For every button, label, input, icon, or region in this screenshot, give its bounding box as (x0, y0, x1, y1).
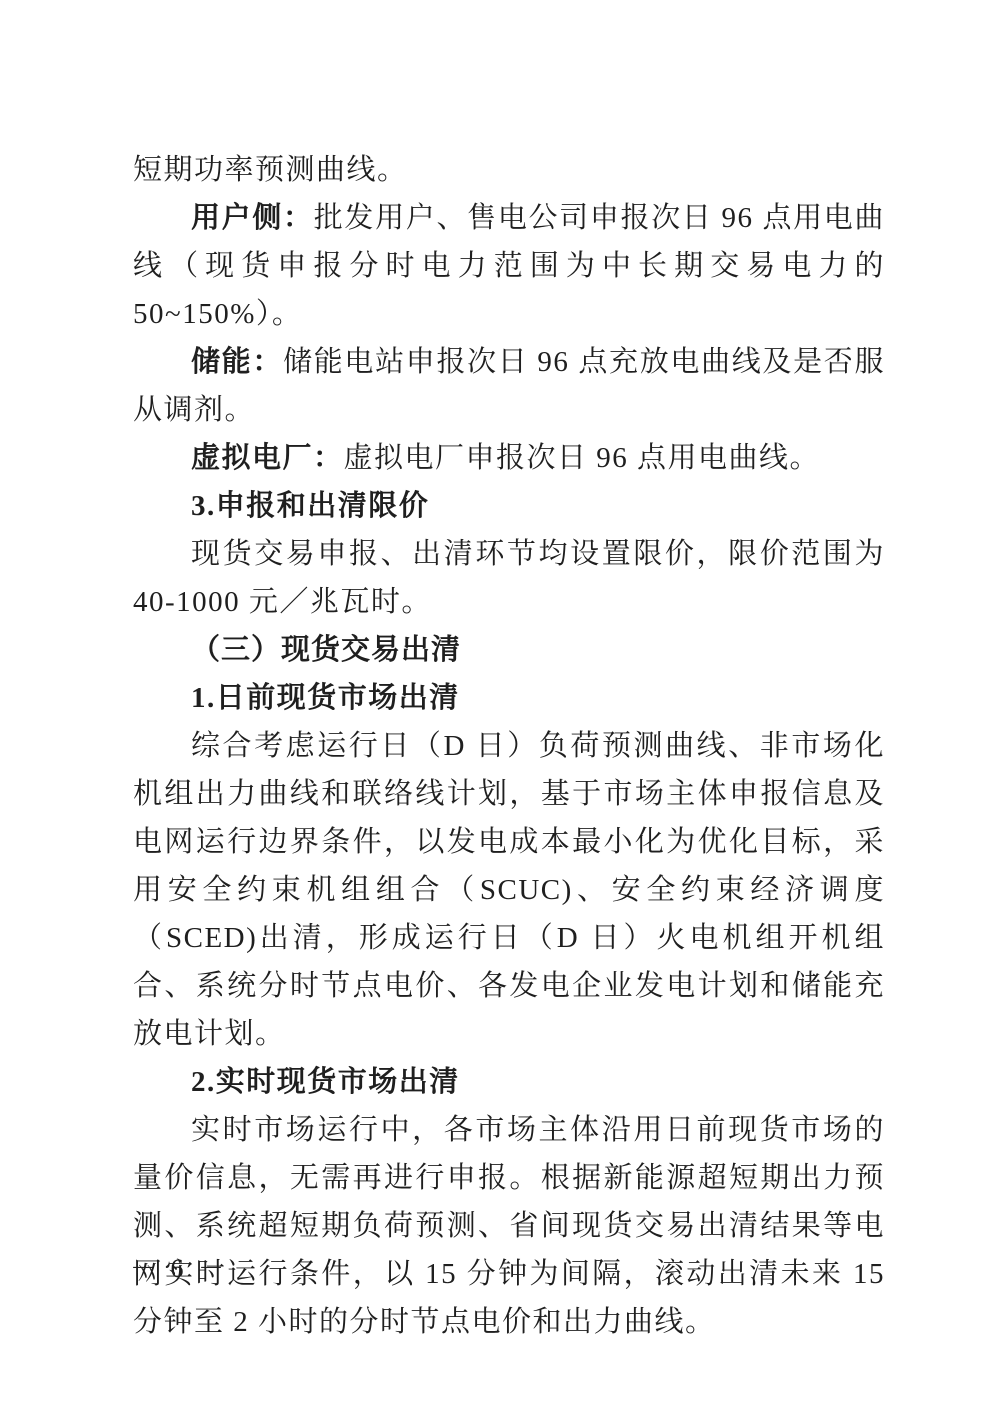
paragraph-storage: 储能：储能电站申报次日 96 点充放电曲线及是否服从调剂。 (133, 338, 885, 434)
heading-declaration-clearing-limit: 3.申报和出清限价 (133, 482, 885, 530)
heading-realtime-clearing: 2.实时现货市场出清 (133, 1058, 885, 1106)
paragraph-user-side: 用户侧：批发用户、售电公司申报次日 96 点用电曲线（现货申报分时电力范围为中长… (133, 194, 885, 338)
paragraph-lead-virtual-plant: 虚拟电厂： (191, 442, 344, 474)
paragraph-lead-user-side: 用户侧： (191, 202, 314, 234)
paragraph-lead-storage: 储能： (191, 346, 283, 378)
document-content: 短期功率预测曲线。 用户侧：批发用户、售电公司申报次日 96 点用电曲线（现货申… (133, 146, 885, 1346)
paragraph-virtual-plant: 虚拟电厂：虚拟电厂申报次日 96 点用电曲线。 (133, 434, 885, 482)
page-number: － 6 － (130, 1254, 228, 1283)
heading-day-ahead-clearing: 1.日前现货市场出清 (133, 674, 885, 722)
paragraph-continuation: 短期功率预测曲线。 (133, 146, 885, 194)
paragraph-day-ahead-detail: 综合考虑运行日（D 日）负荷预测曲线、非市场化机组出力曲线和联络线计划，基于市场… (133, 722, 885, 1058)
paragraph-text-virtual-plant: 虚拟电厂申报次日 96 点用电曲线。 (344, 442, 821, 474)
page-footer: － 6 － (130, 1248, 228, 1285)
paragraph-realtime-detail: 实时市场运行中，各市场主体沿用日前现货市场的量价信息，无需再进行申报。根据新能源… (133, 1106, 885, 1346)
heading-spot-trade-clearing: （三）现货交易出清 (133, 626, 885, 674)
document-page: 短期功率预测曲线。 用户侧：批发用户、售电公司申报次日 96 点用电曲线（现货申… (0, 0, 1000, 1414)
paragraph-price-limit: 现货交易申报、出清环节均设置限价，限价范围为 40-1000 元／兆瓦时。 (133, 530, 885, 626)
